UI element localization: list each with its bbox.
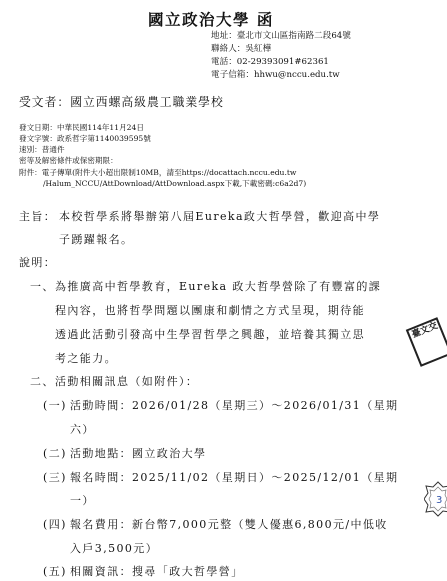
item2-text: 活動相關訊息（如附件）： xyxy=(55,373,198,389)
item1-line-3: 透過此活動引發高中生學習哲學之興趣，並培養其獨立思 xyxy=(55,326,365,342)
document-number: 發文字號：政系哲字第1140039595號 xyxy=(19,133,151,144)
attachment-line-1: 附件：電子傳單(附件大小超出限制10MB，請至https://docattach… xyxy=(19,167,296,178)
contact-phone: 電話：02-29393091#62361 xyxy=(211,56,329,69)
sub1-line-2: 六） xyxy=(70,421,95,437)
item2-marker: 二、 xyxy=(30,373,55,389)
explanation-label: 說明： xyxy=(19,254,56,270)
subject-line-1: 本校哲學系將舉辦第八屆Eureka政大哲學營，歡迎高中學 xyxy=(59,208,380,224)
sub2-line-1: 活動地點：國立政治大學 xyxy=(70,445,206,461)
sub2-marker: (二) xyxy=(43,445,67,461)
sub3-line-2: 一） xyxy=(70,492,95,508)
contact-person: 聯絡人：吳紅樺 xyxy=(211,43,271,56)
sub1-line-1: 活動時間：2026/01/28（星期三）～2026/01/31（星期 xyxy=(70,397,398,413)
item1-marker: 一、 xyxy=(30,278,55,294)
issue-date: 發文日期：中華民國114年11月24日 xyxy=(19,122,144,133)
page-seal-stamp: 3 xyxy=(424,481,447,517)
item1-line-2: 程內容，也將哲學問題以團康和劇情之方式呈現，期待能 xyxy=(55,302,365,318)
item1-line-1: 為推廣高中哲學教育，Eureka 政大哲學營除了有豐富的課 xyxy=(55,278,381,294)
sub4-line-2: 入戶3,500元） xyxy=(70,540,158,556)
sub3-line-1: 報名時間：2025/11/02（星期日）～2025/12/01（星期 xyxy=(70,469,398,485)
sub4-marker: (四) xyxy=(43,516,67,532)
item1-line-4: 考之能力。 xyxy=(55,350,117,366)
svg-text:3: 3 xyxy=(436,495,442,506)
attachment-link[interactable]: /Halum_NCCU/AttDownload/AttDownload.aspx… xyxy=(43,178,306,189)
sub5-line-1: 相關資訊：搜尋「政大哲學營」 xyxy=(70,563,244,579)
sub3-marker: (三) xyxy=(43,469,67,485)
sub4-line-1: 報名費用：新台幣7,000元整（雙人優惠6,800元/中低收 xyxy=(70,516,388,532)
subject-line-2: 子踴躍報名。 xyxy=(59,231,133,247)
subject-label: 主旨： xyxy=(19,208,56,224)
sub1-marker: (一) xyxy=(43,397,67,413)
contact-email: 電子信箱：hhwu@nccu.edu.tw xyxy=(211,69,340,82)
delivery-speed: 速別：普通件 xyxy=(19,144,65,155)
classification: 密等及解密條件或保密期限： xyxy=(19,155,118,166)
recipient: 受文者：國立西螺高級農工職業學校 xyxy=(19,93,224,110)
document-title: 國立政治大學 函 xyxy=(148,8,274,30)
seal-icon: 3 xyxy=(424,481,447,517)
sub5-marker: (五) xyxy=(43,563,67,579)
official-seal-stamp: 臺文交 騎縫 xyxy=(406,317,447,367)
contact-address: 地址：臺北市文山區指南路二段64號 xyxy=(211,30,351,43)
